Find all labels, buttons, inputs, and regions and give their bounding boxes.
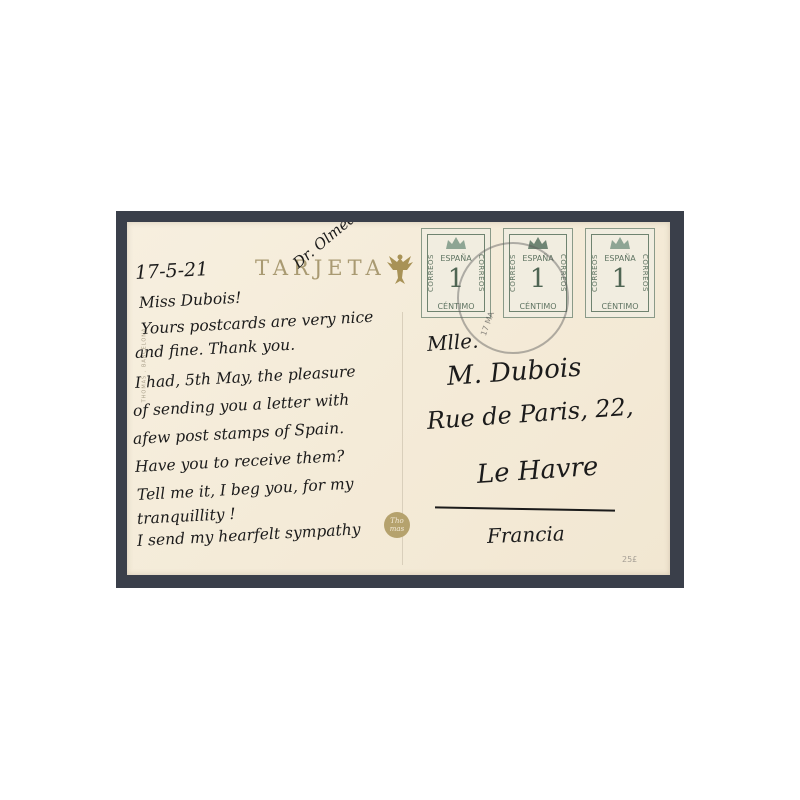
address-underline (435, 506, 615, 511)
message-line: tranquillity ! (137, 505, 237, 528)
publisher-logo: Tho mas (384, 512, 410, 538)
crown-icon (608, 235, 632, 251)
logo-text: Tho (384, 517, 410, 525)
address-line: M. Dubois (446, 353, 582, 392)
address-line: Rue de Paris, 22, (426, 393, 634, 435)
stamp-denomination: CÉNTIMO (422, 302, 490, 311)
message-line: and fine. Thank you. (135, 336, 296, 362)
stamp-side-text: CORREOS (427, 254, 435, 292)
crown-icon (444, 235, 468, 251)
message-date: 17-5-21 (134, 258, 208, 284)
postage-stamp: ESPAÑA 1 CÉNTIMO CORREOS CORREOS (421, 228, 491, 318)
logo-text: mas (384, 525, 410, 533)
address-line: Francia (487, 521, 566, 548)
message-line: of sending you a letter with (133, 391, 350, 420)
message-line: Yours postcards are very nice (141, 308, 374, 338)
message-line: Have you to receive them? (135, 447, 345, 476)
address-line: Mlle. (426, 328, 479, 356)
stamp-side-text: CORREOS (509, 254, 517, 292)
message-line: I had, 5th May, the pleasure (135, 362, 356, 392)
card-title: TARJETA (255, 256, 386, 280)
stamp-side-text: CORREOS (559, 254, 567, 292)
pencil-note: 25£ (622, 555, 637, 564)
message-line: Tell me it, I beg you, for my (137, 475, 354, 504)
eagle-icon (385, 252, 415, 286)
stamp-side-text: CORREOS (591, 254, 599, 292)
stamp-side-text: CORREOS (477, 254, 485, 292)
crown-icon (526, 235, 550, 251)
postage-stamp: ESPAÑA 1 CÉNTIMO CORREOS CORREOS (585, 228, 655, 318)
message-line: afew post stamps of Spain. (133, 419, 345, 448)
postage-stamp: ESPAÑA 1 CÉNTIMO CORREOS CORREOS (503, 228, 573, 318)
address-line: Le Havre (476, 452, 599, 490)
stamp-denomination: CÉNTIMO (586, 302, 654, 311)
stamp-side-text: CORREOS (641, 254, 649, 292)
message-line: Miss Dubois! (139, 289, 242, 312)
stamp-denomination: CÉNTIMO (504, 302, 572, 311)
postcard: THOMAS . BARCELONA TARJETA Dr. Olmeda 17… (127, 222, 670, 575)
